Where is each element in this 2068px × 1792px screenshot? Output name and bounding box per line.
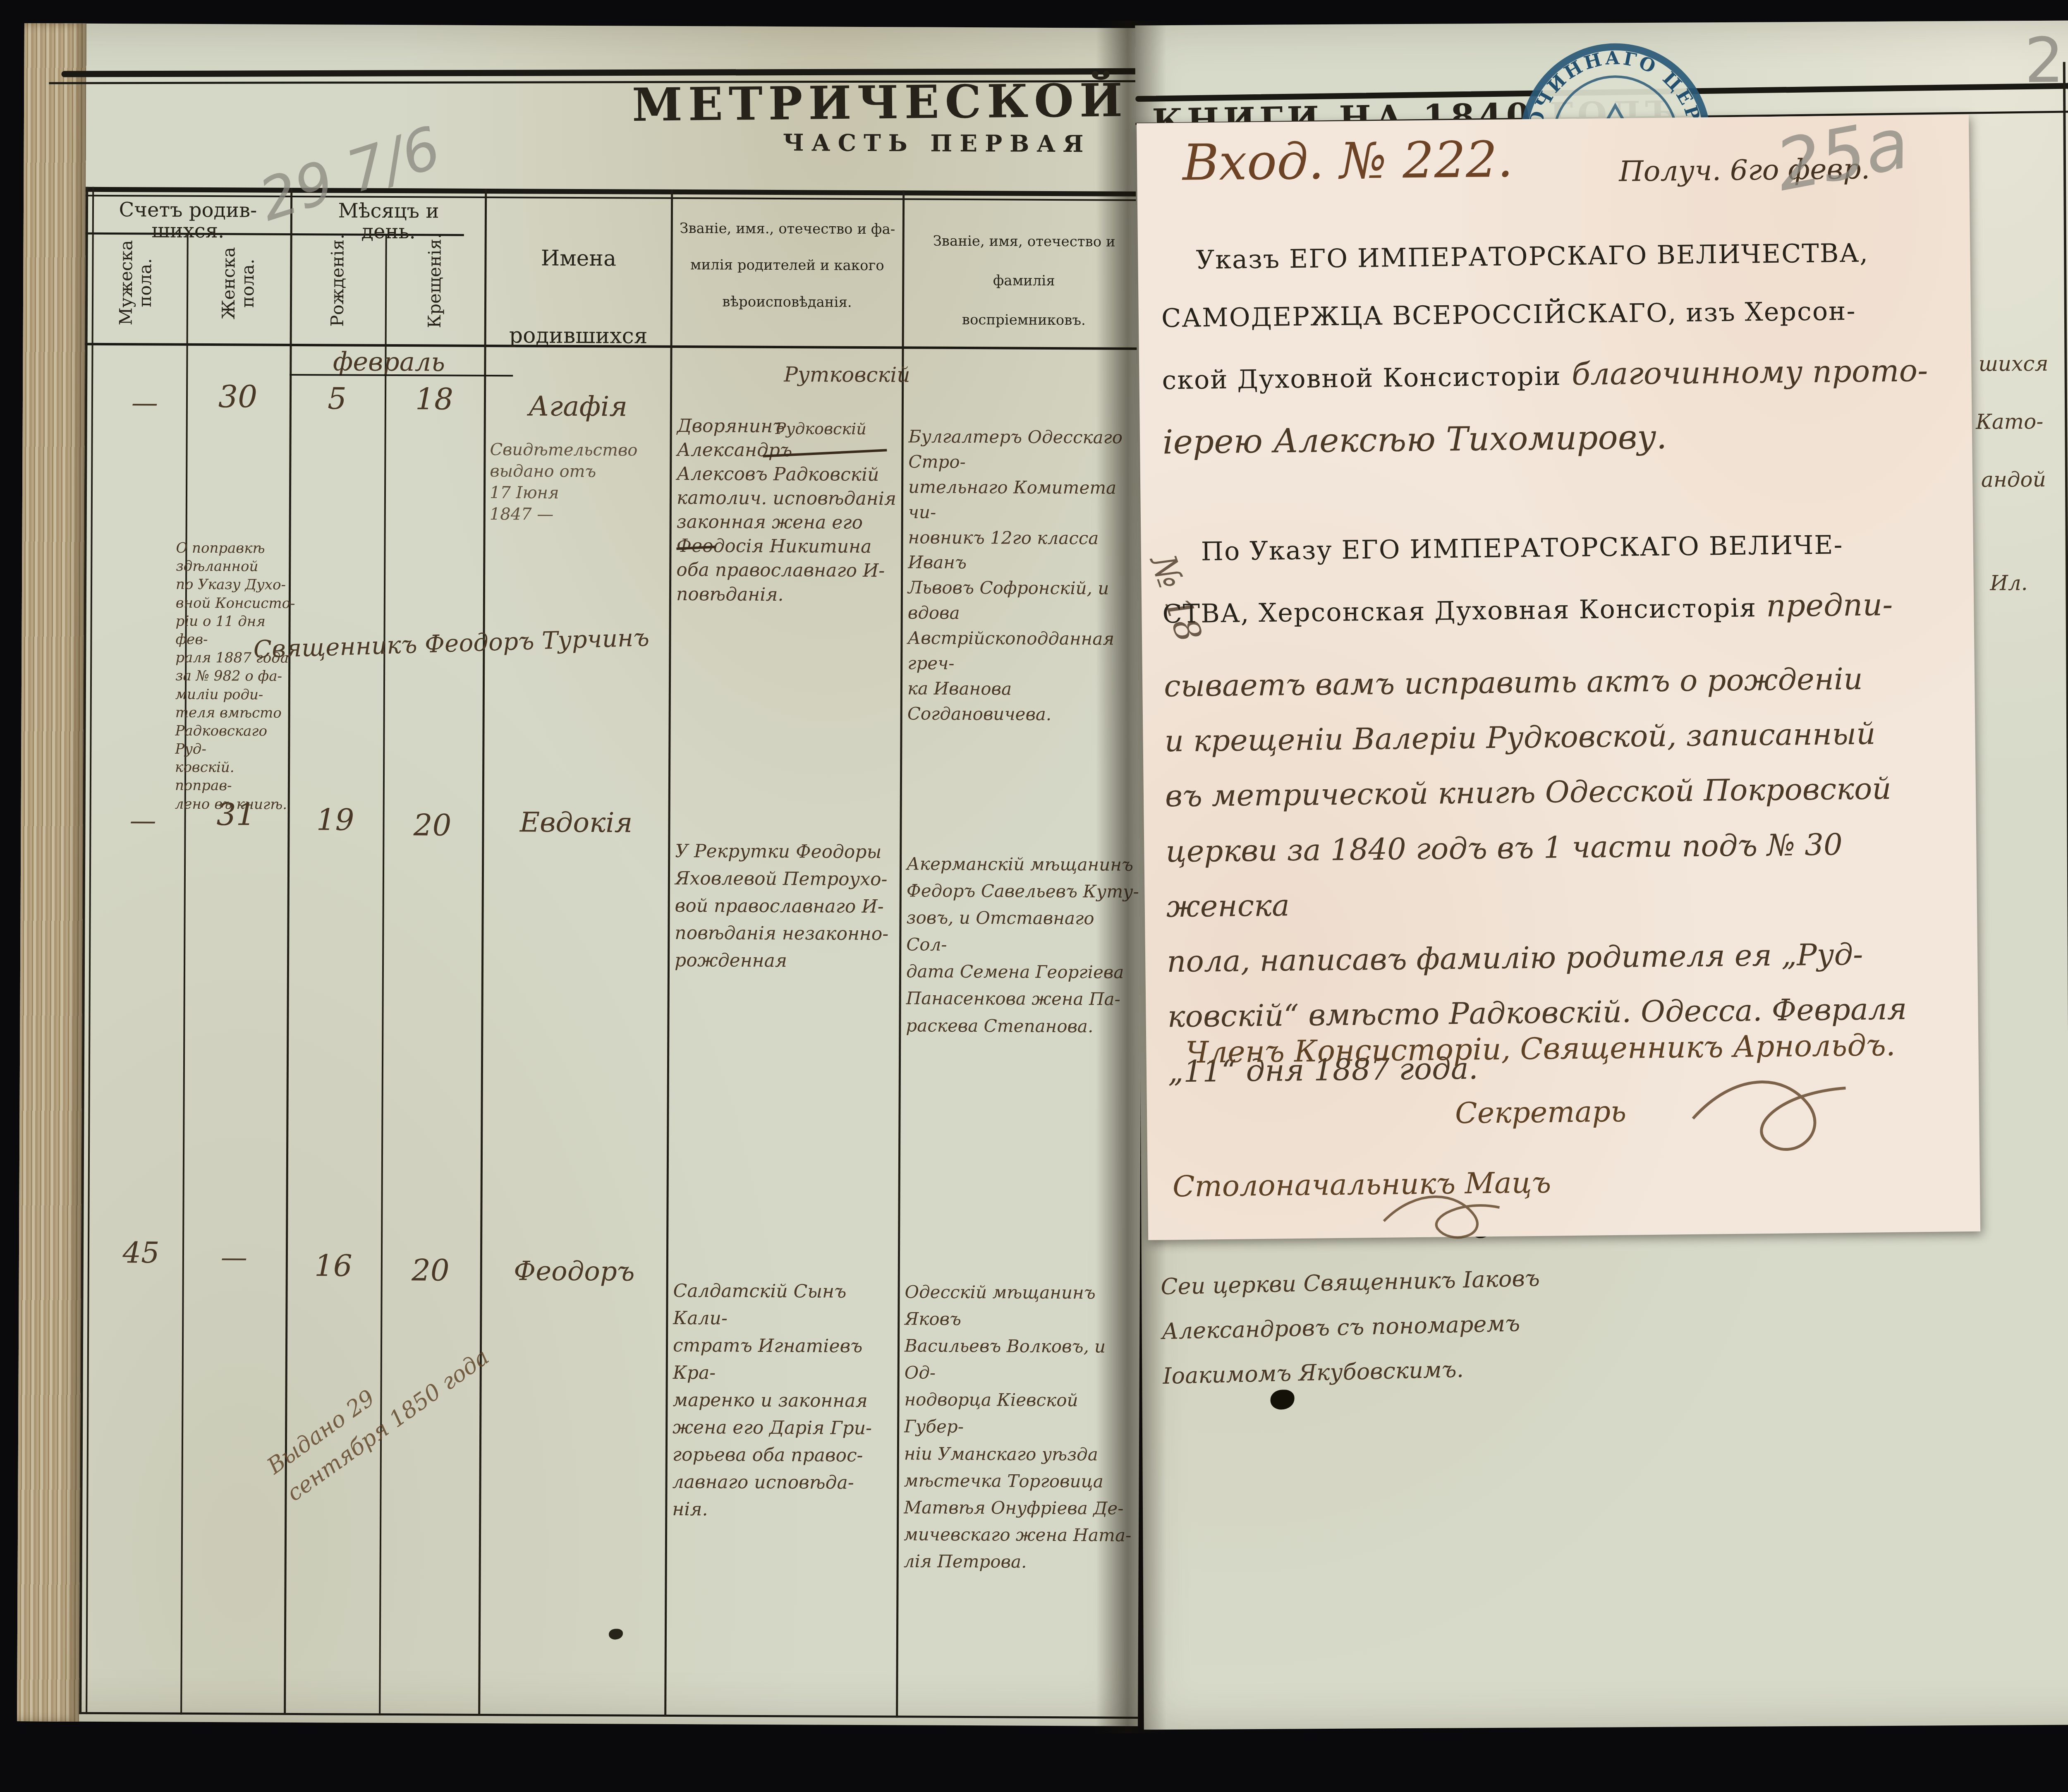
table-row: — 31 19 20 Евдокія У Рекрутки Феодоры Ях…: [24, 23, 1145, 28]
cell-male-count: 45: [102, 1236, 180, 1270]
secretary-signature: Секретарь: [1455, 1095, 1627, 1130]
metrical-book-left-page: МЕТРИЧЕСКОЙ ЧАСТЬ ПЕРВАЯ 29 7/6 Счетъ ро…: [17, 23, 1145, 1726]
signature-flourish: [1379, 1183, 1504, 1250]
consistory-member-signature: Членъ Консисторіи, Священникъ Арнольдъ.: [1185, 1028, 1896, 1070]
cell-birth-day: 5: [292, 381, 383, 416]
table-row: — 30 5 18 Агафія Свидѣтельство выдано от…: [24, 23, 1145, 28]
name-certificate-note: Свидѣтельство выдано отъ 17 Іюня 1847 —: [490, 439, 668, 526]
header-names: Имена родившихся: [486, 220, 671, 375]
parents-surname-overwrite: Рутковскій: [784, 362, 910, 387]
col-line-born-baptized: [379, 234, 387, 1715]
cell-baptism-day: 20: [383, 1253, 478, 1288]
cell-name: Агафія: [486, 390, 670, 423]
right-table-line: [2063, 62, 2068, 1713]
page-title: МЕТРИЧЕСКОЙ: [632, 73, 1129, 132]
cell-baptism-day: 18: [387, 381, 482, 417]
priest-attestation: Священникъ Феодоръ Турчинъ: [253, 623, 668, 664]
cell-birth-day: 19: [290, 802, 381, 837]
certificate-issued-note: Выдано 29 сентября 1850 года: [260, 1271, 554, 1509]
correction-margin-note: О поправкѣ здѣланной по Указу Духо- вной…: [175, 539, 296, 814]
edge-handwriting-fragment: Ил.: [1990, 571, 2028, 595]
page-number: 26: [2024, 24, 2068, 97]
cell-female-count: 30: [188, 379, 287, 415]
cell-parents: Салдатскій Сынъ Кали- стратъ Игнатіевъ К…: [672, 1277, 897, 1524]
addressee-line: іерею Алексѣю Тихомирову.: [1163, 418, 1667, 462]
table-bottom-rule: [79, 1712, 1138, 1719]
body-handwritten-part: предпи-: [1766, 587, 1893, 624]
cell-parents: Дворянинъ Александръ Алексовъ Радковскій…: [676, 414, 900, 607]
ukase-heading-line3: ской Духовной Консисторіи благочинному п…: [1162, 352, 1969, 396]
edge-handwriting-fragment: Като-: [1976, 410, 2043, 434]
body-printed-part: СТВА, Херсонская Духовная Консисторія: [1162, 592, 1757, 629]
ink-blot: [1271, 1390, 1295, 1409]
ukase-body-line2: СТВА, Херсонская Духовная Консисторія пр…: [1162, 586, 1973, 630]
cell-female-count: —: [184, 1242, 284, 1273]
header-female-sex: Женска пола.: [219, 229, 258, 337]
archival-scan: МЕТРИЧЕСКОЙ ЧАСТЬ ПЕРВАЯ 29 7/6 Счетъ ро…: [0, 0, 2068, 1792]
header-baptism-day: Крещенія.: [425, 227, 445, 334]
col-line-male-female: [180, 233, 189, 1715]
parents-correction-word: Рудковскій: [775, 419, 866, 438]
ukase-heading-line1: Указъ ЕГО ИМПЕРАТОРСКАГО ВЕЛИЧЕСТВА,: [1196, 237, 1869, 275]
heading-handwritten-part: благочинному прото-: [1572, 353, 1928, 392]
edge-handwriting-fragment: шихся: [1978, 352, 2048, 376]
header-male-sex: Мужеска пола.: [116, 229, 155, 336]
ink-blot: [609, 1629, 623, 1639]
header-parents: Званіе, имя., отечество и фа- милія роди…: [673, 210, 901, 321]
consistory-ukase-document: Вход. № 222. Получ. 6го февр. 25а № 18 У…: [1137, 115, 1980, 1240]
month-label: февраль: [296, 346, 482, 377]
clergy-signature-note: Сеи церкви Священникъ Іаковъ Александров…: [1160, 1253, 1680, 1399]
pencil-folio-number: 25а: [1769, 102, 1915, 207]
heading-printed-part: ской Духовной Консисторіи: [1162, 361, 1561, 395]
cell-baptism-day: 20: [385, 807, 480, 843]
edge-handwriting-fragment: андой: [1981, 467, 2046, 492]
cell-male-count: —: [105, 388, 184, 419]
cell-parents: У Рекрутки Феодоры Яховлевой Петроухо- в…: [675, 838, 898, 975]
ukase-body-line1: По Указу ЕГО ИМПЕРАТОРСКАГО ВЕЛИЧЕ-: [1201, 529, 1843, 566]
page-stack-edge: [17, 23, 86, 1722]
signature-flourish: [1684, 1067, 1859, 1176]
entry-number: Вход. № 222.: [1182, 131, 1513, 192]
table-row: 45 — 16 20 Феодоръ Выдано 29 сентября 18…: [24, 23, 1145, 28]
cell-birth-day: 16: [288, 1248, 379, 1283]
ukase-heading-line2: САМОДЕРЖЦА ВСЕРОССІЙСКАГО, изъ Херсон-: [1161, 296, 1856, 333]
header-birth-day: Рожденія.: [328, 226, 347, 334]
cell-name: Евдокія: [484, 806, 668, 839]
header-count-group: Счетъ родив- шихся.: [86, 199, 290, 242]
page-subtitle: ЧАСТЬ ПЕРВАЯ: [783, 129, 1091, 158]
cell-male-count: —: [103, 805, 182, 836]
